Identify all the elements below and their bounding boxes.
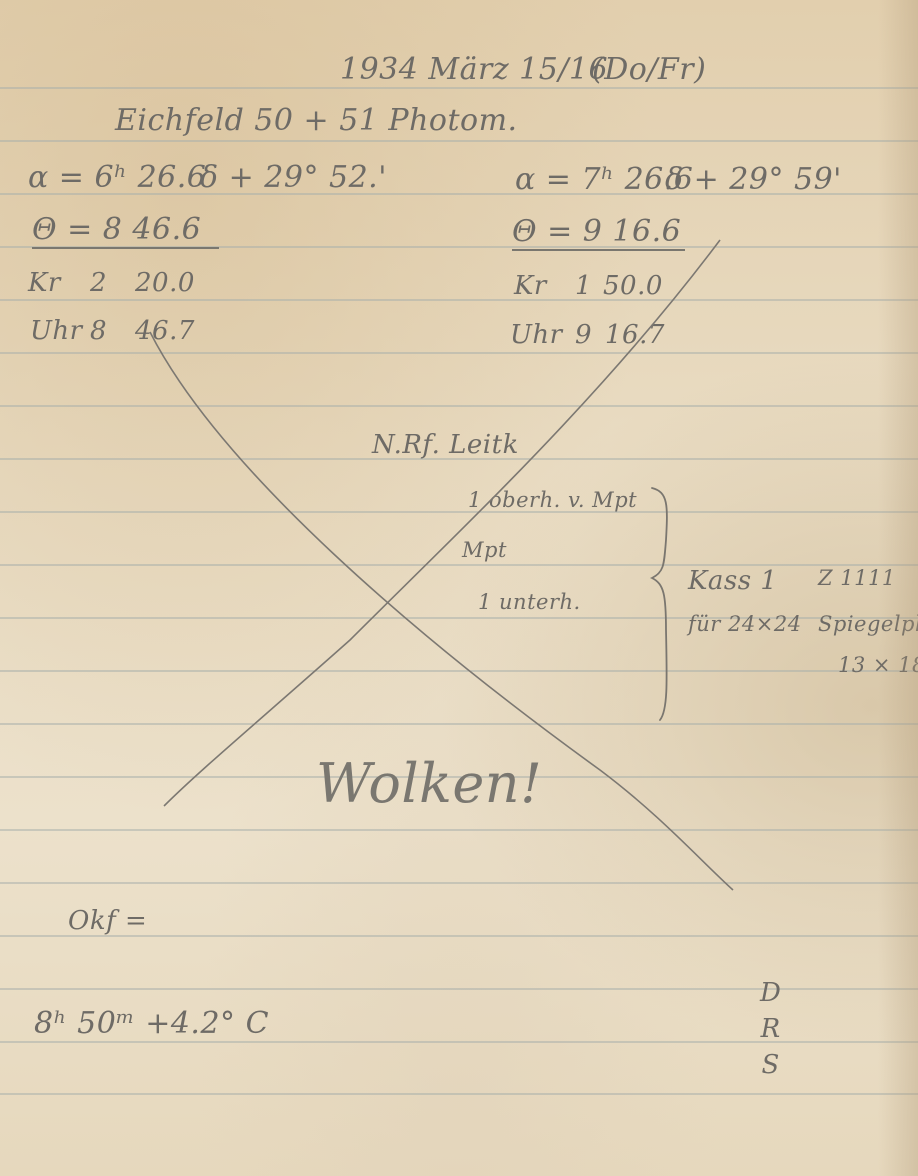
initial-d: D (760, 978, 781, 1008)
left-kr-label: Kr (28, 268, 61, 298)
center-note-line-2: Mpt (462, 538, 507, 562)
plate-size: für 24×24 (688, 612, 802, 636)
left-uhr-value1: 8 (90, 316, 107, 346)
right-kr-label: Kr (514, 271, 547, 301)
right-theta: Θ = 9 16.6 (512, 214, 685, 251)
plate-type: Z 1111 (818, 566, 896, 590)
plate-mirror: Spiegelpl. (818, 612, 918, 636)
left-uhr-label: Uhr (30, 316, 83, 346)
header-date: 1934 März 15/16 (340, 52, 608, 87)
field-title: Eichfeld 50 + 51 Photom. (115, 103, 518, 138)
center-note-line-1: 1 oberh. v. Mpt (468, 488, 637, 512)
left-uhr-value2: 46.7 (135, 316, 195, 346)
plate-cassette: Kass 1 (688, 566, 777, 596)
left-alpha: α = 6ʰ 26.6 (28, 160, 206, 195)
header-weekday: (Do/Fr) (592, 52, 706, 87)
right-kr-value1: 1 (575, 271, 592, 301)
initial-s: S (762, 1050, 780, 1080)
right-delta: δ + 29° 59' (665, 162, 842, 197)
initial-r: R (761, 1014, 781, 1044)
center-note-heading: N.Rf. Leitk (372, 430, 519, 460)
left-kr-value2: 20.0 (135, 268, 195, 298)
left-theta: Θ = 8 46.6 (32, 212, 219, 249)
right-kr-value2: 50.0 (603, 271, 663, 301)
ocular-label: Okf = (68, 906, 147, 936)
center-note-line-3: 1 unterh. (478, 590, 581, 614)
left-delta: δ + 29° 52.' (200, 160, 387, 195)
right-uhr-label: Uhr (510, 320, 563, 350)
observer-initials: D R S (760, 978, 781, 1080)
right-uhr-value1: 9 (575, 320, 592, 350)
temperature-reading: 8ʰ 50ᵐ +4.2° C (34, 1006, 269, 1041)
notebook-page: 1934 März 15/16 (Do/Fr) Eichfeld 50 + 51… (0, 0, 918, 1176)
clouds-note: Wolken! (316, 752, 542, 815)
left-kr-value1: 2 (90, 268, 107, 298)
right-uhr-value2: 16.7 (605, 320, 665, 350)
plate-format: 13 × 18 (838, 653, 918, 677)
